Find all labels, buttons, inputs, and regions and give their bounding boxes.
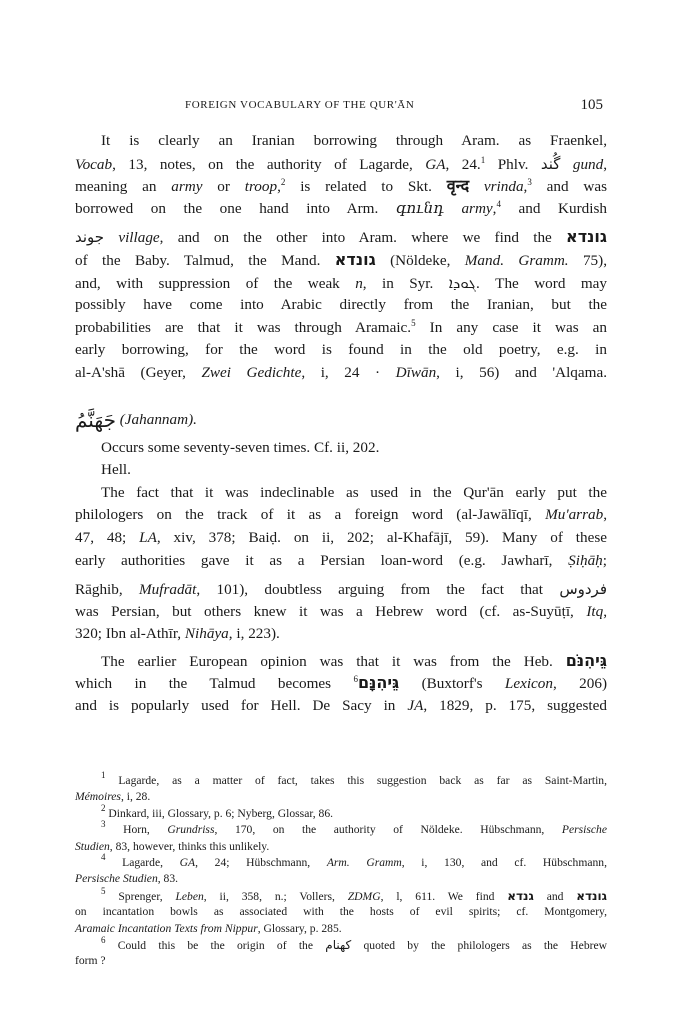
text-line: al-A'shā (Geyer, Zwei Gedichte, i, 24 · … (75, 362, 607, 385)
footnote-5-cont: on incantation bowls as associated with … (75, 904, 607, 920)
text-line: 47, 48; LA, xiv, 378; Baiḍ. on ii, 202; … (75, 527, 607, 550)
footnote-3-cont: Studien, 83, however, thinks this unlike… (75, 839, 607, 855)
text-line: meaning an army or troop,2 is related to… (75, 175, 607, 198)
hebrew-word: גֵּיהִנָּם (358, 673, 399, 692)
mandaic-word: גונדא (335, 250, 376, 269)
hebrew-word: גנדא (507, 889, 534, 903)
text-line: was Persian, but others knew it was a He… (75, 601, 607, 624)
meaning-line: Hell. (75, 459, 607, 482)
text-line: early authorities gave it as a Persian l… (75, 550, 607, 573)
footnote-6: 6 Could this be the origin of the كهنام … (75, 937, 607, 953)
footnote-4-cont: Persische Studien, 83. (75, 871, 607, 887)
text-line: and is popularly used for Hell. De Sacy … (75, 695, 607, 718)
footnote-1: 1 Lagarde, as a matter of fact, takes th… (75, 773, 607, 789)
text-line: Vocab, 13, notes, on the authority of La… (75, 153, 607, 176)
arabic-word: كهنام (325, 938, 351, 952)
entry-headword: جَهَنَّمُ (Jahannam). (75, 403, 607, 437)
syriac-word: ܓܘܕܐ (449, 274, 476, 292)
footnote-1-cont: Mémoires, i, 28. (75, 789, 607, 805)
hebrew-word: גֵּיהִנֹּם (566, 651, 607, 670)
text-line: of the Baby. Talmud, the Mand. גונדא (Nö… (75, 249, 607, 272)
running-head: FOREIGN VOCABULARY OF THE QUR'ĀN (185, 99, 414, 111)
text-line: possibly have come into Arabic directly … (75, 294, 607, 317)
text-line: philologers on the track of it as a fore… (75, 504, 607, 527)
main-text: It is clearly an Iranian borrowing throu… (75, 130, 607, 718)
footnote-5-cont2: Aramaic Incantation Texts from Nippur, G… (75, 921, 607, 937)
pahlavi-word: گُند (541, 155, 561, 173)
text-line: The earlier European opinion was that it… (75, 650, 607, 673)
page-number: 105 (581, 97, 604, 114)
text-line: borrowed on the one hand into Arm. գունդ… (75, 198, 607, 221)
footnotes: 1 Lagarde, as a matter of fact, takes th… (75, 773, 607, 970)
text-line: جوند village, and on the other into Aram… (75, 226, 607, 249)
kurdish-word: جوند (75, 228, 104, 246)
occurrences-line: Occurs some seventy-seven times. Cf. ii,… (75, 437, 607, 460)
sanskrit-word: वृन्द (447, 176, 469, 195)
text-line: Rāghib, Mufradāt, 101), doubtless arguin… (75, 578, 607, 601)
text-line: and, with suppression of the weak n, in … (75, 272, 607, 295)
headword-transliteration: (Jahannam). (120, 411, 197, 428)
hebrew-word: גונדא (576, 889, 607, 903)
book-page: FOREIGN VOCABULARY OF THE QUR'ĀN 105 It … (0, 0, 700, 1020)
text-line: probabilities are that it was through Ar… (75, 317, 607, 340)
text-line: 320; Ibn al-Athīr, Nihāya, i, 223). (75, 623, 607, 646)
footnote-5: 5 Sprenger, Leben, ii, 358, n.; Vollers,… (75, 888, 607, 904)
aramaic-word: גונדא (566, 227, 607, 246)
headword-arabic: جَهَنَّمُ (75, 408, 116, 432)
footnote-6-cont: form ? (75, 953, 607, 969)
arabic-word: فردوس (559, 580, 607, 598)
text-line: early borrowing, for the word is found i… (75, 339, 607, 362)
page-header: FOREIGN VOCABULARY OF THE QUR'ĀN 105 (75, 97, 607, 117)
footnote-4: 4 Lagarde, GA, 24; Hübschmann, Arm. Gram… (75, 855, 607, 871)
footnote-2: 2 Dinkard, iii, Glossary, p. 6; Nyberg, … (75, 806, 607, 822)
text-line: The fact that it was indeclinable as use… (75, 482, 607, 505)
text-line: It is clearly an Iranian borrowing throu… (75, 130, 607, 153)
armenian-word: գունդ (396, 200, 444, 217)
footnote-3: 3 Horn, Grundriss, 170, on the authority… (75, 822, 607, 838)
text-line: which in the Talmud becomes גֵּיהִנָּם6 … (75, 672, 607, 695)
